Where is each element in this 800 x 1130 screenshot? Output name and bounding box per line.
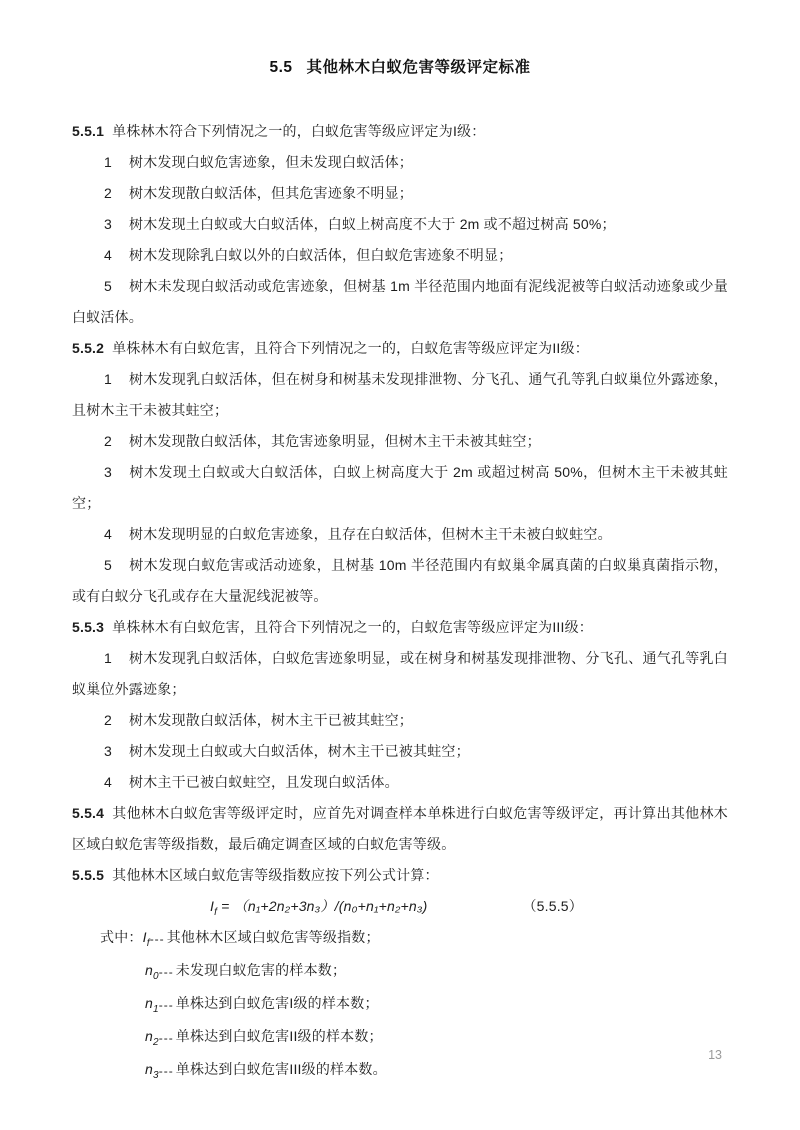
clause-heading-5-5-3: 5.5.3单株林木有白蚁危害，且符合下列情况之一的，白蚁危害等级应评定为III级…: [72, 612, 728, 643]
clause-item: 1树木发现乳白蚁活体，白蚁危害迹象明显，或在树身和树基发现排泄物、分飞孔、通气孔…: [72, 643, 728, 705]
definition-text: 其他林木区域白蚁危害等级指数；: [167, 929, 380, 945]
symbol-subscript: 0: [153, 971, 159, 982]
item-number: 3: [104, 216, 112, 232]
symbol-definition: n3---单株达到白蚁危害III级的样本数。: [72, 1054, 728, 1087]
formula-body: = （n₁+2n₂+3n₃）/(n₀+n₁+n₂+n₃): [217, 898, 427, 914]
clause-item: 5树木发现白蚁危害或活动迹象，且树基 10m 半径范围内有蚁巢伞属真菌的白蚁巢真…: [72, 550, 728, 612]
clause-heading-5-5-4: 5.5.4其他林木白蚁危害等级评定时，应首先对调查样本单株进行白蚁危害等级评定，…: [72, 798, 728, 860]
clause-item: 5树木未发现白蚁活动或危害迹象，但树基 1m 半径范围内地面有泥线泥被等白蚁活动…: [72, 271, 728, 333]
item-number: 1: [104, 650, 112, 666]
item-text: 树木发现白蚁危害迹象，但未发现白蚁活体；: [129, 154, 413, 170]
item-number: 2: [104, 185, 112, 201]
item-number: 2: [104, 712, 112, 728]
symbol-definition: n2---单株达到白蚁危害II级的样本数；: [72, 1021, 728, 1054]
clause-label: 5.5.2: [72, 340, 104, 356]
clause-item: 2树木发现散白蚁活体，其危害迹象明显，但树木主干未被其蛀空；: [72, 426, 728, 457]
page-number: 13: [708, 1048, 722, 1062]
definition-text: 单株达到白蚁危害II级的样本数；: [176, 1028, 383, 1044]
item-text: 树木未发现白蚁活动或危害迹象，但树基 1m 半径范围内地面有泥线泥被等白蚁活动迹…: [72, 278, 728, 325]
item-number: 1: [104, 371, 112, 387]
item-number: 4: [104, 526, 112, 542]
item-number: 5: [104, 557, 112, 573]
item-number: 4: [104, 774, 112, 790]
item-text: 树木发现白蚁危害或活动迹象，且树基 10m 半径范围内有蚁巢伞属真菌的白蚁巢真菌…: [72, 557, 728, 604]
clause-text: 单株林木有白蚁危害，且符合下列情况之一的，白蚁危害等级应评定为III级：: [112, 619, 593, 635]
definition-dashes: ---: [159, 1031, 174, 1045]
clause-heading-5-5-5: 5.5.5其他林木区域白蚁危害等级指数应按下列公式计算：: [72, 860, 728, 891]
formula: If = （n₁+2n₂+3n₃）/(n₀+n₁+n₂+n₃): [210, 891, 428, 922]
clause-text: 单株林木有白蚁危害，且符合下列情况之一的，白蚁危害等级应评定为II级：: [112, 340, 589, 356]
clause-text: 其他林木区域白蚁危害等级指数应按下列公式计算：: [112, 867, 439, 883]
item-text: 树木发现散白蚁活体，树木主干已被其蛀空；: [129, 712, 413, 728]
formula-row: If = （n₁+2n₂+3n₃）/(n₀+n₁+n₂+n₃) （5.5.5）: [72, 891, 728, 922]
clause-item: 3树木发现土白蚁或大白蚁活体，白蚁上树高度大于 2m 或超过树高 50%，但树木…: [72, 457, 728, 519]
clause-label: 5.5.1: [72, 123, 104, 139]
item-number: 5: [104, 278, 112, 294]
item-text: 树木发现土白蚁或大白蚁活体，树木主干已被其蛀空；: [129, 743, 470, 759]
item-text: 树木发现乳白蚁活体，白蚁危害迹象明显，或在树身和树基发现排泄物、分飞孔、通气孔等…: [72, 650, 728, 697]
item-text: 树木发现除乳白蚁以外的白蚁活体，但白蚁危害迹象不明显；: [129, 247, 512, 263]
item-text: 树木发现土白蚁或大白蚁活体，白蚁上树高度不大于 2m 或不超过树高 50%；: [129, 216, 616, 232]
symbol-definition: n0---未发现白蚁危害的样本数；: [72, 955, 728, 988]
symbol-base: n: [145, 1028, 153, 1044]
definition-dashes: ---: [159, 998, 174, 1012]
item-number: 4: [104, 247, 112, 263]
clause-label: 5.5.3: [72, 619, 104, 635]
clause-item: 4树木发现除乳白蚁以外的白蚁活体，但白蚁危害迹象不明显；: [72, 240, 728, 271]
clause-item: 1树木发现白蚁危害迹象，但未发现白蚁活体；: [72, 147, 728, 178]
symbol-definition: n1---单株达到白蚁危害I级的样本数；: [72, 988, 728, 1021]
symbol-subscript: 1: [153, 1004, 159, 1015]
clause-item: 2树木发现散白蚁活体，树木主干已被其蛀空；: [72, 705, 728, 736]
item-number: 3: [104, 464, 112, 480]
item-text: 树木发现明显的白蚁危害迹象，且存在白蚁活体，但树木主干未被白蚁蛀空。: [129, 526, 612, 542]
section-title-number: 5.5: [269, 59, 292, 76]
item-text: 树木发现乳白蚁活体，但在树身和树基未发现排泄物、分飞孔、通气孔等乳白蚁巢位外露迹…: [72, 371, 728, 418]
clause-text: 其他林木白蚁危害等级评定时，应首先对调查样本单株进行白蚁危害等级评定，再计算出其…: [72, 805, 728, 852]
item-text: 树木主干已被白蚁蛀空，且发现白蚁活体。: [129, 774, 399, 790]
clause-item: 4树木发现明显的白蚁危害迹象，且存在白蚁活体，但树木主干未被白蚁蛀空。: [72, 519, 728, 550]
clause-item: 4树木主干已被白蚁蛀空，且发现白蚁活体。: [72, 767, 728, 798]
item-text: 树木发现散白蚁活体，但其危害迹象不明显；: [129, 185, 413, 201]
document-page: 5.5其他林木白蚁危害等级评定标准 5.5.1单株林木符合下列情况之一的，白蚁危…: [0, 0, 800, 1130]
symbol-definition: 式中：If---其他林木区域白蚁危害等级指数；: [72, 922, 728, 955]
definition-dashes: ---: [150, 932, 165, 946]
clause-label: 5.5.5: [72, 867, 104, 883]
symbol-base: n: [145, 962, 153, 978]
clause-item: 3树木发现土白蚁或大白蚁活体，树木主干已被其蛀空；: [72, 736, 728, 767]
symbol-base: n: [145, 1061, 153, 1077]
definition-text: 单株达到白蚁危害I级的样本数；: [176, 995, 379, 1011]
clause-label: 5.5.4: [72, 805, 104, 821]
clause-text: 单株林木符合下列情况之一的，白蚁危害等级应评定为I级：: [112, 123, 485, 139]
definition-text: 未发现白蚁危害的样本数；: [176, 962, 346, 978]
definition-dashes: ---: [159, 1064, 174, 1078]
section-title: 5.5其他林木白蚁危害等级评定标准: [72, 58, 728, 78]
formula-number: （5.5.5）: [522, 891, 583, 922]
section-title-text: 其他林木白蚁危害等级评定标准: [307, 59, 531, 76]
page-content: 5.5其他林木白蚁危害等级评定标准 5.5.1单株林木符合下列情况之一的，白蚁危…: [0, 0, 800, 1087]
definition-dashes: ---: [159, 965, 174, 979]
clause-item: 3树木发现土白蚁或大白蚁活体，白蚁上树高度不大于 2m 或不超过树高 50%；: [72, 209, 728, 240]
clause-heading-5-5-2: 5.5.2单株林木有白蚁危害，且符合下列情况之一的，白蚁危害等级应评定为II级：: [72, 333, 728, 364]
item-number: 3: [104, 743, 112, 759]
item-number: 1: [104, 154, 112, 170]
symbol-subscript: 3: [153, 1070, 159, 1081]
item-number: 2: [104, 433, 112, 449]
clause-heading-5-5-1: 5.5.1单株林木符合下列情况之一的，白蚁危害等级应评定为I级：: [72, 116, 728, 147]
clause-item: 2树木发现散白蚁活体，但其危害迹象不明显；: [72, 178, 728, 209]
clause-item: 1树木发现乳白蚁活体，但在树身和树基未发现排泄物、分飞孔、通气孔等乳白蚁巢位外露…: [72, 364, 728, 426]
item-text: 树木发现土白蚁或大白蚁活体，白蚁上树高度大于 2m 或超过树高 50%，但树木主…: [72, 464, 728, 511]
symbol-base: n: [145, 995, 153, 1011]
definition-text: 单株达到白蚁危害III级的样本数。: [176, 1061, 387, 1077]
where-label: 式中：: [100, 929, 143, 945]
item-text: 树木发现散白蚁活体，其危害迹象明显，但树木主干未被其蛀空；: [129, 433, 541, 449]
symbol-subscript: 2: [153, 1037, 159, 1048]
